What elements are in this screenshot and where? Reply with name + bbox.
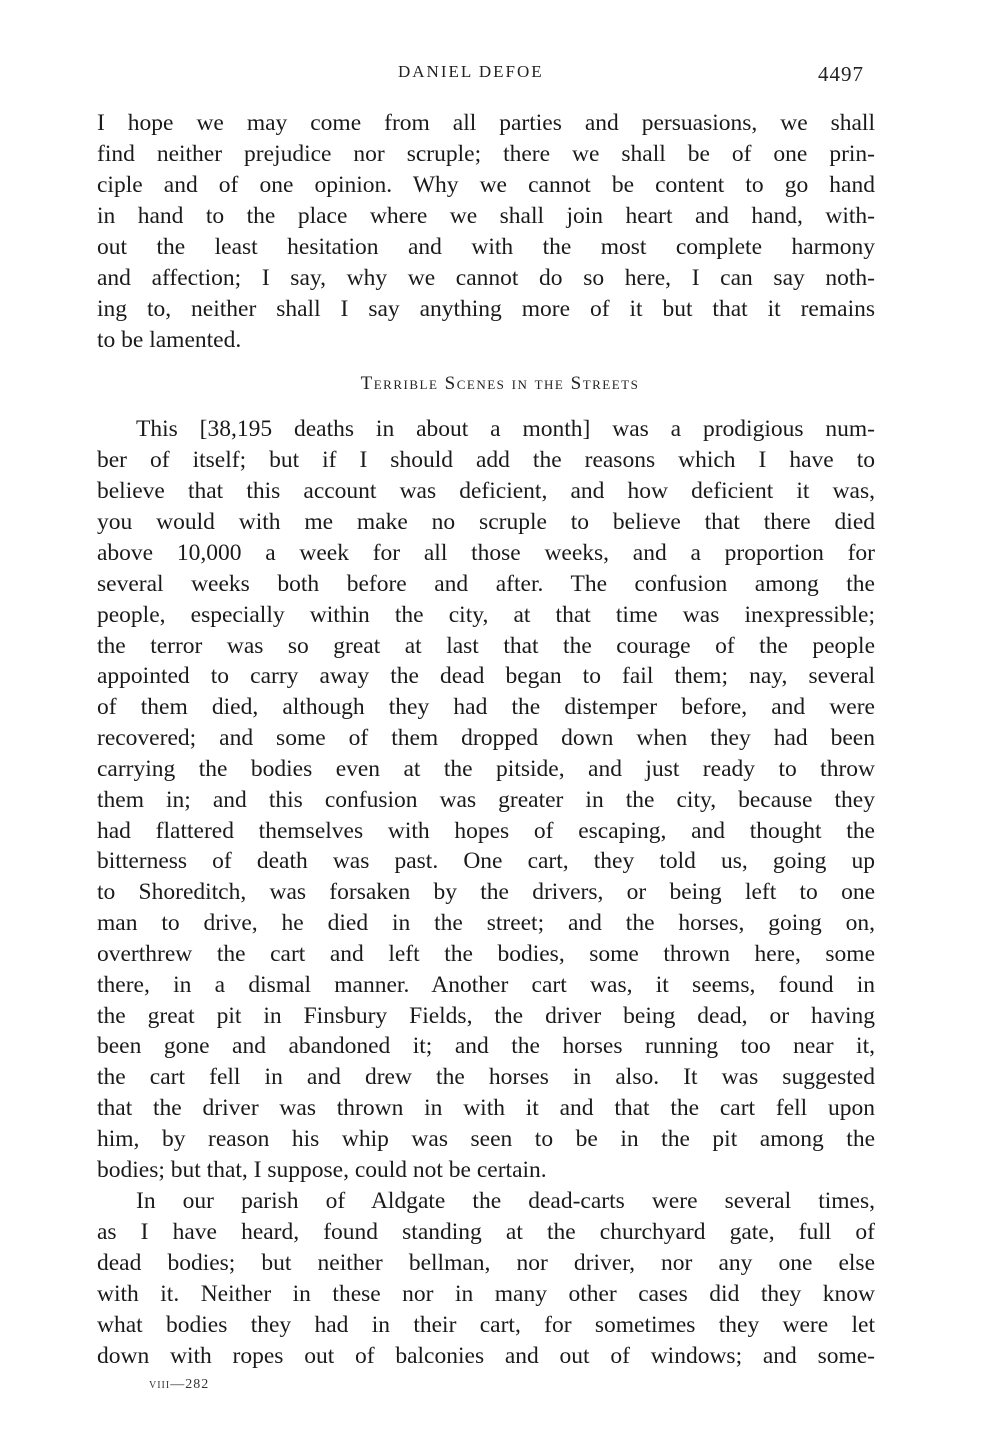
text-line: them in; and this confusion was greater …	[97, 785, 875, 816]
text-line: overthrew the cart and left the bodies, …	[97, 939, 875, 970]
text-line: you would with me make no scruple to bel…	[97, 507, 875, 538]
text-line: out the least hesitation and with the mo…	[97, 232, 875, 263]
text-line: down with ropes out of balconies and out…	[97, 1341, 875, 1372]
text-line: to Shoreditch, was forsaken by the drive…	[97, 877, 875, 908]
text-line: with it. Neither in these nor in many ot…	[97, 1279, 875, 1310]
text-line: ber of itself; but if I should add the r…	[97, 445, 875, 476]
text-line: This [38,195 deaths in about a month] wa…	[136, 414, 875, 445]
text-line: carrying the bodies even at the pitside,…	[97, 754, 875, 785]
text-line: the great pit in Finsbury Fields, the dr…	[97, 1001, 875, 1032]
text-line: the cart fell in and drew the horses in …	[97, 1062, 875, 1093]
text-line: as I have heard, found standing at the c…	[97, 1217, 875, 1248]
running-head: DANIEL DEFOE 4497	[0, 60, 1000, 90]
text-line: find neither prejudice nor scruple; ther…	[97, 139, 875, 170]
text-line: him, by reason his whip was seen to be i…	[97, 1124, 875, 1155]
text-line: appointed to carry away the dead began t…	[97, 661, 875, 692]
text-line: bitterness of death was past. One cart, …	[97, 846, 875, 877]
section-heading: Terrible Scenes in the Streets	[0, 373, 1000, 395]
text-line: of them died, although they had the dist…	[97, 692, 875, 723]
text-line: in hand to the place where we shall join…	[97, 201, 875, 232]
text-line: what bodies they had in their cart, for …	[97, 1310, 875, 1341]
text-line: bodies; but that, I suppose, could not b…	[97, 1155, 875, 1186]
text-line: ing to, neither shall I say anything mor…	[97, 294, 875, 325]
text-line: recovered; and some of them dropped down…	[97, 723, 875, 754]
text-line: I hope we may come from all parties and …	[97, 108, 875, 139]
text-line: and affection; I say, why we cannot do s…	[97, 263, 875, 294]
text-line: believe that this account was deficient,…	[97, 476, 875, 507]
text-line: been gone and abandoned it; and the hors…	[97, 1031, 875, 1062]
text-line: In our parish of Aldgate the dead-carts …	[136, 1186, 875, 1217]
text-line: that the driver was thrown in with it an…	[97, 1093, 875, 1124]
text-line: dead bodies; but neither bellman, nor dr…	[97, 1248, 875, 1279]
text-line: had flattered themselves with hopes of e…	[97, 816, 875, 847]
text-line: above 10,000 a week for all those weeks,…	[97, 538, 875, 569]
running-title: DANIEL DEFOE	[398, 62, 544, 82]
text-line: ciple and of one opinion. Why we cannot …	[97, 170, 875, 201]
signature-mark: viii—282	[149, 1377, 209, 1393]
text-line: several weeks both before and after. The…	[97, 569, 875, 600]
text-line: man to drive, he died in the street; and…	[97, 908, 875, 939]
text-line: there, in a dismal manner. Another cart …	[97, 970, 875, 1001]
page-number: 4497	[818, 62, 864, 87]
book-page: DANIEL DEFOE 4497 I hope we may come fro…	[0, 0, 1000, 1445]
text-line: people, especially within the city, at t…	[97, 600, 875, 631]
text-line: the terror was so great at last that the…	[97, 631, 875, 662]
text-line: to be lamented.	[97, 325, 875, 356]
